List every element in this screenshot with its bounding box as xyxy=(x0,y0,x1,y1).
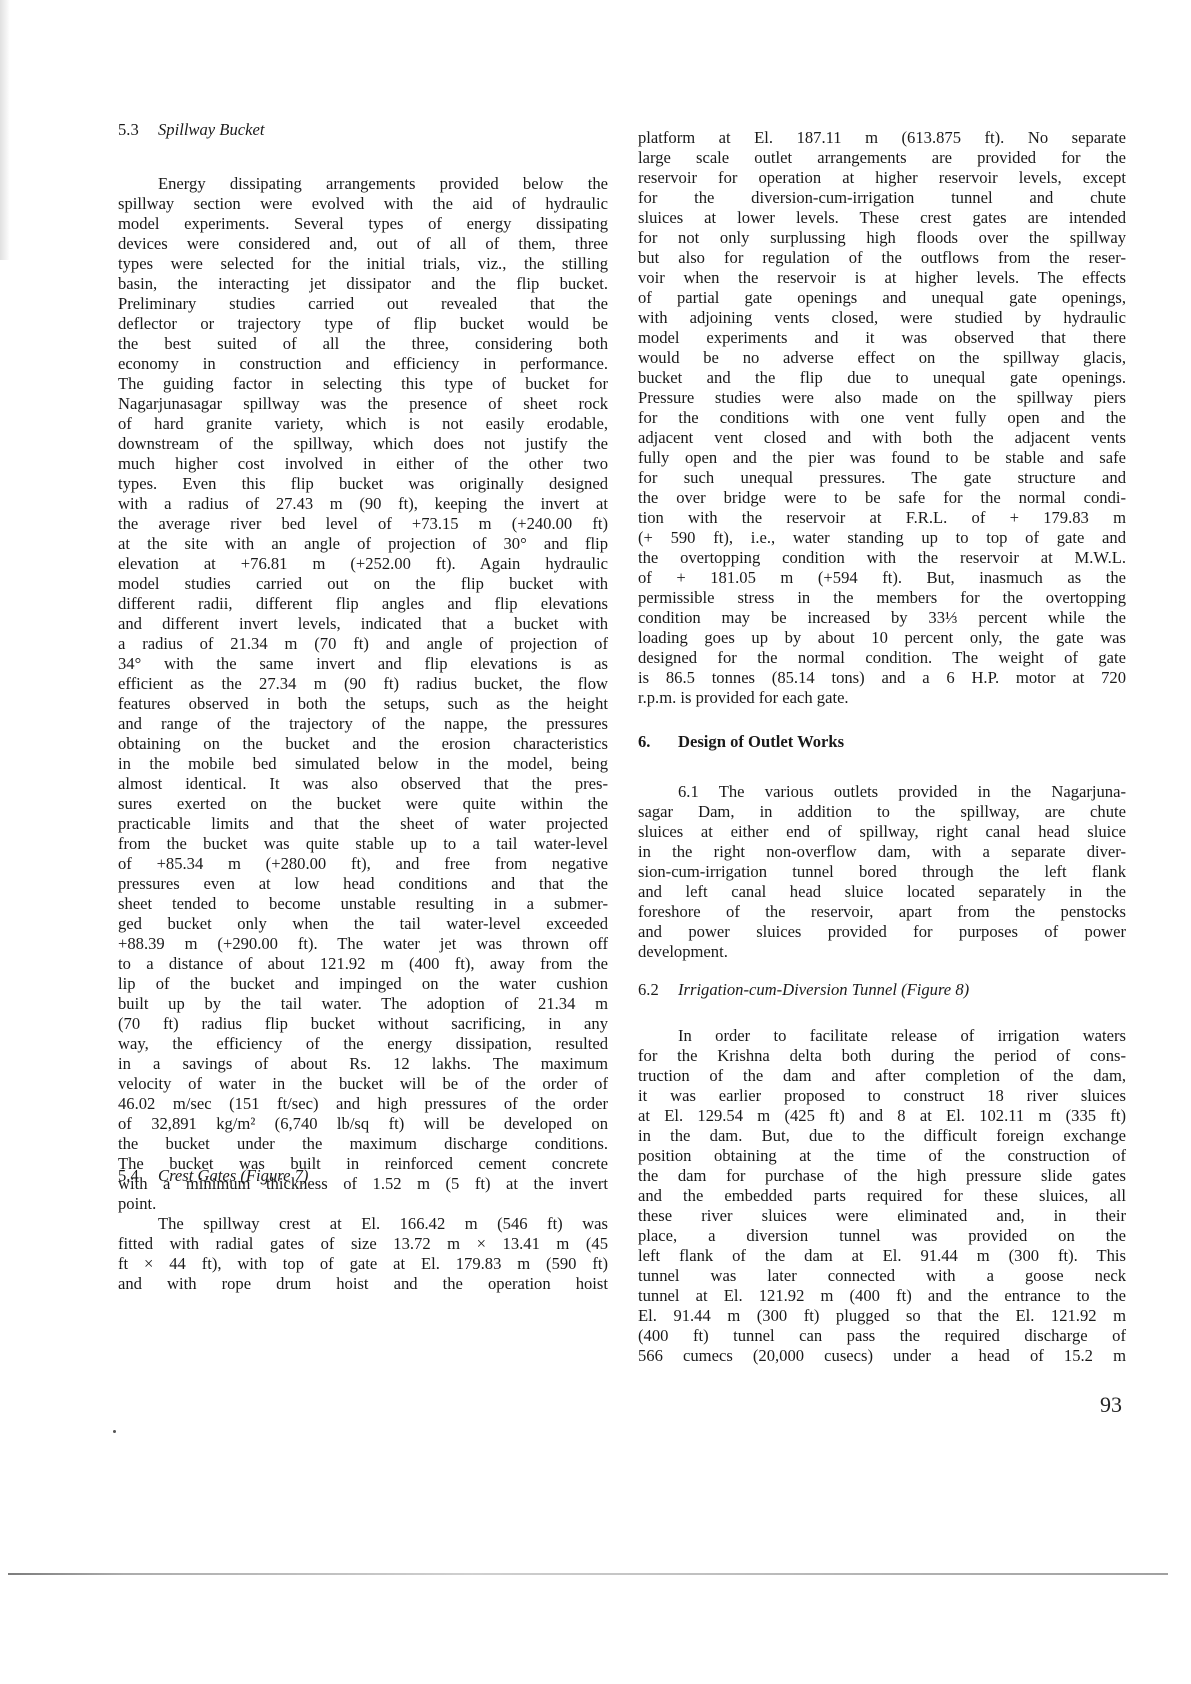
text-line: The spillway crest at El. 166.42 m (546 … xyxy=(118,1214,608,1234)
text-line: tunnel at El. 121.92 m (400 ft) and the … xyxy=(638,1286,1126,1306)
text-line: model studies carried out on the flip bu… xyxy=(118,574,608,594)
text-line: and different invert levels, indicated t… xyxy=(118,614,608,634)
text-line: El. 91.44 m (300 ft) plugged so that the… xyxy=(638,1306,1126,1326)
text-line: designed for the normal condition. The w… xyxy=(638,648,1126,668)
text-line: much higher cost involved in either of t… xyxy=(118,454,608,474)
section-title: Design of Outlet Works xyxy=(678,732,844,751)
text-line: of hard granite variety, which is not ea… xyxy=(118,414,608,434)
text-line: for not only surplussing high floods ove… xyxy=(638,228,1126,248)
text-line: bucket and the flip due to unequal gate … xyxy=(638,368,1126,388)
section-5-4-heading: 5.4Crest Gates (Figure 7) xyxy=(118,1166,308,1186)
section-5-3-heading: 5.3Spillway Bucket xyxy=(118,120,264,140)
text-line: for the diversion-cum-irrigation tunnel … xyxy=(638,188,1126,208)
text-line: devices were considered and, out of all … xyxy=(118,234,608,254)
section-title: Crest Gates xyxy=(158,1166,236,1185)
text-line: tion with the reservoir at F.R.L. of + 1… xyxy=(638,508,1126,528)
text-line: sluices at either end of spillway, right… xyxy=(638,822,1126,842)
text-line: The guiding factor in selecting this typ… xyxy=(118,374,608,394)
text-line: (+ 590 ft), i.e., water standing up to t… xyxy=(638,528,1126,548)
text-line: left flank of the dam at El. 91.44 m (30… xyxy=(638,1246,1126,1266)
text-line: practicable limits and that the sheet of… xyxy=(118,814,608,834)
text-line: and power sluices provided for purposes … xyxy=(638,922,1126,942)
text-line: (70 ft) radius flip bucket without sacri… xyxy=(118,1014,608,1034)
text-line: fully open and the pier was found to be … xyxy=(638,448,1126,468)
text-line: in the mobile bed simulated below in the… xyxy=(118,754,608,774)
text-line: large scale outlet arrangements are prov… xyxy=(638,148,1126,168)
text-line: of +85.34 m (+280.00 ft), and free from … xyxy=(118,854,608,874)
text-line: platform at El. 187.11 m (613.875 ft). N… xyxy=(638,128,1126,148)
text-line: (400 ft) tunnel can pass the required di… xyxy=(638,1326,1126,1346)
text-line: in the dam. But, due to the difficult fo… xyxy=(638,1126,1126,1146)
text-line: of partial gate openings and unequal gat… xyxy=(638,288,1126,308)
text-line: 6.1 The various outlets provided in the … xyxy=(638,782,1126,802)
text-line: Nagarjunasagar spillway was the presence… xyxy=(118,394,608,414)
text-line: sion-cum-irrigation tunnel bored through… xyxy=(638,862,1126,882)
text-line: the over bridge were to be safe for the … xyxy=(638,488,1126,508)
text-line: in the right non-overflow dam, with a se… xyxy=(638,842,1126,862)
text-line: velocity of water in the bucket will be … xyxy=(118,1074,608,1094)
text-line: pressures even at low head conditions an… xyxy=(118,874,608,894)
text-line: efficient as the 27.34 m (90 ft) radius … xyxy=(118,674,608,694)
text-line: sures exerted on the bucket were quite w… xyxy=(118,794,608,814)
text-line: at El. 129.54 m (425 ft) and 8 at El. 10… xyxy=(638,1106,1126,1126)
text-line: elevation at +76.81 m (+252.00 ft). Agai… xyxy=(118,554,608,574)
text-line: the bucket under the maximum discharge c… xyxy=(118,1134,608,1154)
text-line: and range of the trajectory of the nappe… xyxy=(118,714,608,734)
text-line: for the conditions with one vent fully o… xyxy=(638,408,1126,428)
text-line: Pressure studies were also made on the s… xyxy=(638,388,1126,408)
text-line: is 86.5 tonnes (85.14 tons) and a 6 H.P.… xyxy=(638,668,1126,688)
text-line: spillway section were evolved with the a… xyxy=(118,194,608,214)
text-line: for such unequal pressures. The gate str… xyxy=(638,468,1126,488)
text-line: the overtopping condition with the reser… xyxy=(638,548,1126,568)
text-line: of 32,891 kg/m² (6,740 lb/sq ft) will be… xyxy=(118,1114,608,1134)
section-number: 6.2 xyxy=(638,980,678,1000)
section-number: 5.3 xyxy=(118,120,158,140)
text-line: adjacent vent closed and with both the a… xyxy=(638,428,1126,448)
text-line: but also for regulation of the outflows … xyxy=(638,248,1126,268)
text-line: 34° with the same invert and flip elevat… xyxy=(118,654,608,674)
text-line: r.p.m. is provided for each gate. xyxy=(638,688,1126,708)
text-line: permissible stress in the members for th… xyxy=(638,588,1126,608)
text-line: condition may be increased by 33⅓ percen… xyxy=(638,608,1126,628)
text-line: ft × 44 ft), with top of gate at El. 179… xyxy=(118,1254,608,1274)
text-line: with adjoining vents closed, were studie… xyxy=(638,308,1126,328)
text-line: model experiments and it was observed th… xyxy=(638,328,1126,348)
text-line: built up by the tail water. The adoption… xyxy=(118,994,608,1014)
text-line: ged bucket only when the tail water-leve… xyxy=(118,914,608,934)
text-line: different radii, different flip angles a… xyxy=(118,594,608,614)
text-line: development. xyxy=(638,942,1126,962)
text-line: sagar Dam, in addition to the spillway, … xyxy=(638,802,1126,822)
text-line: from the bucket was quite stable up to a… xyxy=(118,834,608,854)
text-line: sluices at lower levels. These crest gat… xyxy=(638,208,1126,228)
text-line: Energy dissipating arrangements provided… xyxy=(118,174,608,194)
page-number: 93 xyxy=(1100,1392,1122,1418)
scan-speck xyxy=(113,1430,116,1433)
text-line: voir when the reservoir is at higher lev… xyxy=(638,268,1126,288)
section-6-2-heading: 6.2Irrigation-cum-Diversion Tunnel (Figu… xyxy=(638,980,969,1000)
text-line: and the embedded parts required for thes… xyxy=(638,1186,1126,1206)
text-line: sheet tended to become unstable resultin… xyxy=(118,894,608,914)
text-line: reservoir for operation at higher reserv… xyxy=(638,168,1126,188)
text-line: features observed in both the setups, su… xyxy=(118,694,608,714)
text-line: basin, the interacting jet dissipator an… xyxy=(118,274,608,294)
text-line: truction of the dam and after completion… xyxy=(638,1066,1126,1086)
text-line: way, the efficiency of the energy dissip… xyxy=(118,1034,608,1054)
text-line: Preliminary studies carried out revealed… xyxy=(118,294,608,314)
text-line: for the Krishna delta both during the pe… xyxy=(638,1046,1126,1066)
section-number: 5.4 xyxy=(118,1166,158,1186)
text-line: at the site with an angle of projection … xyxy=(118,534,608,554)
text-line: and with rope drum hoist and the operati… xyxy=(118,1274,608,1294)
text-line: model experiments. Several types of ener… xyxy=(118,214,608,234)
text-line: position obtaining at the time of the co… xyxy=(638,1146,1126,1166)
text-line: of + 181.05 m (+594 ft). But, inasmuch a… xyxy=(638,568,1126,588)
text-line: economy in construction and efficiency i… xyxy=(118,354,608,374)
text-line: it was earlier proposed to construct 18 … xyxy=(638,1086,1126,1106)
bottom-rule xyxy=(8,1573,1168,1575)
text-line: to a distance of about 121.92 m (400 ft)… xyxy=(118,954,608,974)
scan-edge-shadow xyxy=(0,0,10,260)
text-line: these river sluices were eliminated and,… xyxy=(638,1206,1126,1226)
text-line: the average river bed level of +73.15 m … xyxy=(118,514,608,534)
text-line: lip of the bucket and impinged on the wa… xyxy=(118,974,608,994)
text-line: loading goes up by about 10 percent only… xyxy=(638,628,1126,648)
figure-reference: (Figure 8) xyxy=(901,980,969,999)
text-line: in a savings of about Rs. 12 lakhs. The … xyxy=(118,1054,608,1074)
text-line: In order to facilitate release of irriga… xyxy=(638,1026,1126,1046)
section-number: 6. xyxy=(638,732,678,752)
text-line: the best suited of all the three, consid… xyxy=(118,334,608,354)
text-line: would be no adverse effect on the spillw… xyxy=(638,348,1126,368)
text-line: with a radius of 27.43 m (90 ft), keepin… xyxy=(118,494,608,514)
text-line: the dam for purchase of the high pressur… xyxy=(638,1166,1126,1186)
section-6-heading: 6.Design of Outlet Works xyxy=(638,732,844,752)
text-line: types. Even this flip bucket was origina… xyxy=(118,474,608,494)
text-line: 46.02 m/sec (151 ft/sec) and high pressu… xyxy=(118,1094,608,1114)
text-line: place, a diversion tunnel was provided o… xyxy=(638,1226,1126,1246)
figure-reference: (Figure 7) xyxy=(240,1166,308,1185)
section-title: Irrigation-cum-Diversion Tunnel xyxy=(678,980,897,999)
section-title: Spillway Bucket xyxy=(158,120,264,139)
text-line: foreshore of the reservoir, apart from t… xyxy=(638,902,1126,922)
text-line: 566 cumecs (20,000 cusecs) under a head … xyxy=(638,1346,1126,1366)
text-line: fitted with radial gates of size 13.72 m… xyxy=(118,1234,608,1254)
text-line: tunnel was later connected with a goose … xyxy=(638,1266,1126,1286)
text-line: obtaining on the bucket and the erosion … xyxy=(118,734,608,754)
text-line: point. xyxy=(118,1194,608,1214)
text-line: almost identical. It was also observed t… xyxy=(118,774,608,794)
text-line: downstream of the spillway, which does n… xyxy=(118,434,608,454)
text-line: deflector or trajectory type of flip buc… xyxy=(118,314,608,334)
text-line: +88.39 m (+290.00 ft). The water jet was… xyxy=(118,934,608,954)
text-line: types were selected for the initial tria… xyxy=(118,254,608,274)
text-line: a radius of 21.34 m (70 ft) and angle of… xyxy=(118,634,608,654)
text-line: and left canal head sluice located separ… xyxy=(638,882,1126,902)
